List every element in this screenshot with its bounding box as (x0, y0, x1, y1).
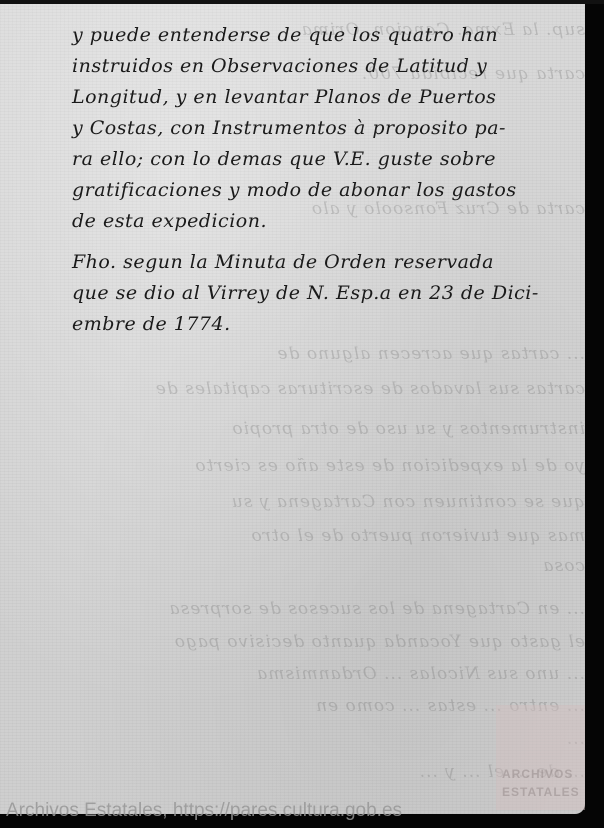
bleed-line: mas que tuvieron puerto de el otro (0, 526, 585, 546)
archive-credit: Archivos Estatales, https://pares.cultur… (6, 800, 402, 822)
manuscript-line: de esta expedicion. (72, 206, 572, 237)
bleed-line: ... cartas que acrecen alguno de (0, 344, 585, 364)
note-line: que se dio al Virrey de N. Esp.a en 23 d… (72, 278, 572, 309)
bleed-line: que se continuen con Cartagena y su (0, 492, 585, 512)
manuscript-line: gratificaciones y modo de abonar los gas… (72, 175, 572, 206)
archive-logo-watermark: ARCHIVOS ESTATALES (496, 705, 585, 810)
logo-text: ESTATALES (502, 785, 580, 799)
manuscript-text: y puede entenderse de que los quatro han… (72, 20, 572, 340)
note-line: embre de 1774. (72, 309, 572, 340)
manuscript-line: Longitud, y en levantar Planos de Puerto… (72, 82, 572, 113)
note-line: Fho. segun la Minuta de Orden reservada (72, 247, 572, 278)
bleed-line: cartas sus lavados de escrituras capital… (0, 379, 585, 399)
manuscript-line: instruidos en Observaciones de Latitud y (72, 51, 572, 82)
manuscript-line: y puede entenderse de que los quatro han (72, 20, 572, 51)
bleed-line: instrumentos y su uso de otra propio (0, 419, 585, 439)
bleed-line: ... uno sus Nicolas ... Ordanmisma (0, 664, 585, 684)
bleed-line: yo de la expedicion de este año es ciert… (0, 456, 585, 476)
manuscript-line: y Costas, con Instrumentos à proposito p… (72, 113, 572, 144)
logo-text: ARCHIVOS (502, 767, 573, 781)
bleed-line: ... en Cartagena de los sucesos de sorpr… (0, 599, 585, 619)
manuscript-line: ra ello; con lo demas que V.E. guste sob… (72, 144, 572, 175)
bleed-line: el gasto que Yocanda quanto decisivo pag… (0, 632, 585, 652)
document-scan: sup. la Exma. Cancion. Orima carta que r… (0, 0, 604, 828)
bleed-line: cosa (0, 556, 585, 576)
